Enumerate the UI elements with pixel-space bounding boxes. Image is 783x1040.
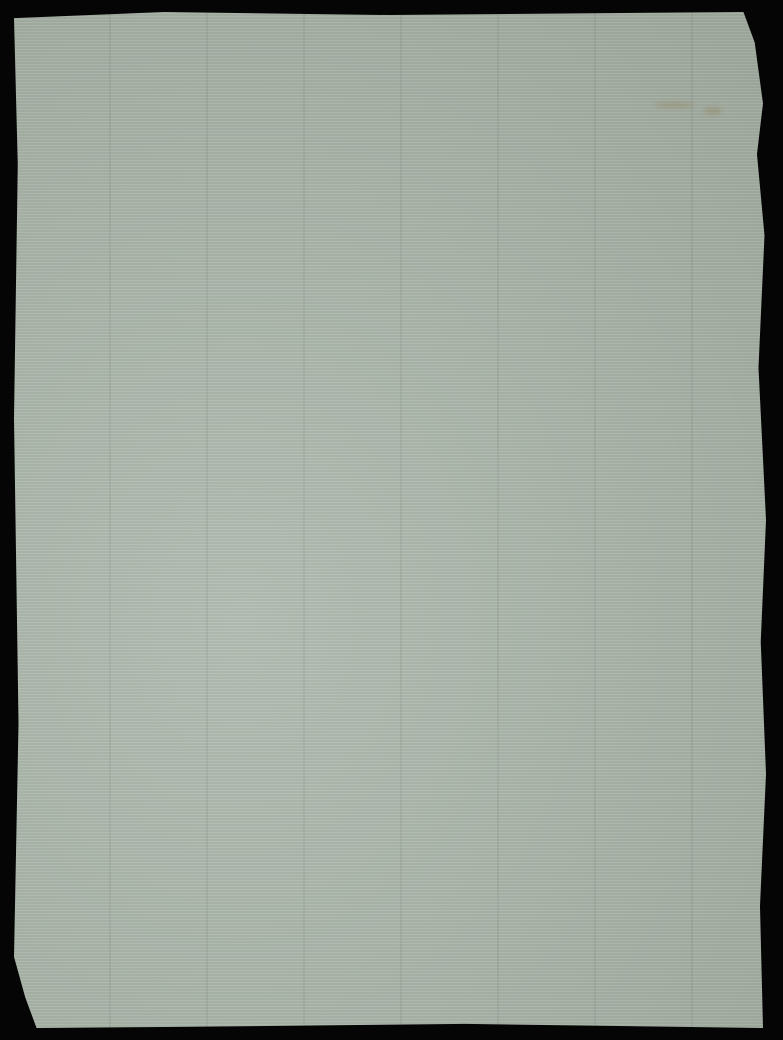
letter-body <box>0 0 783 1040</box>
